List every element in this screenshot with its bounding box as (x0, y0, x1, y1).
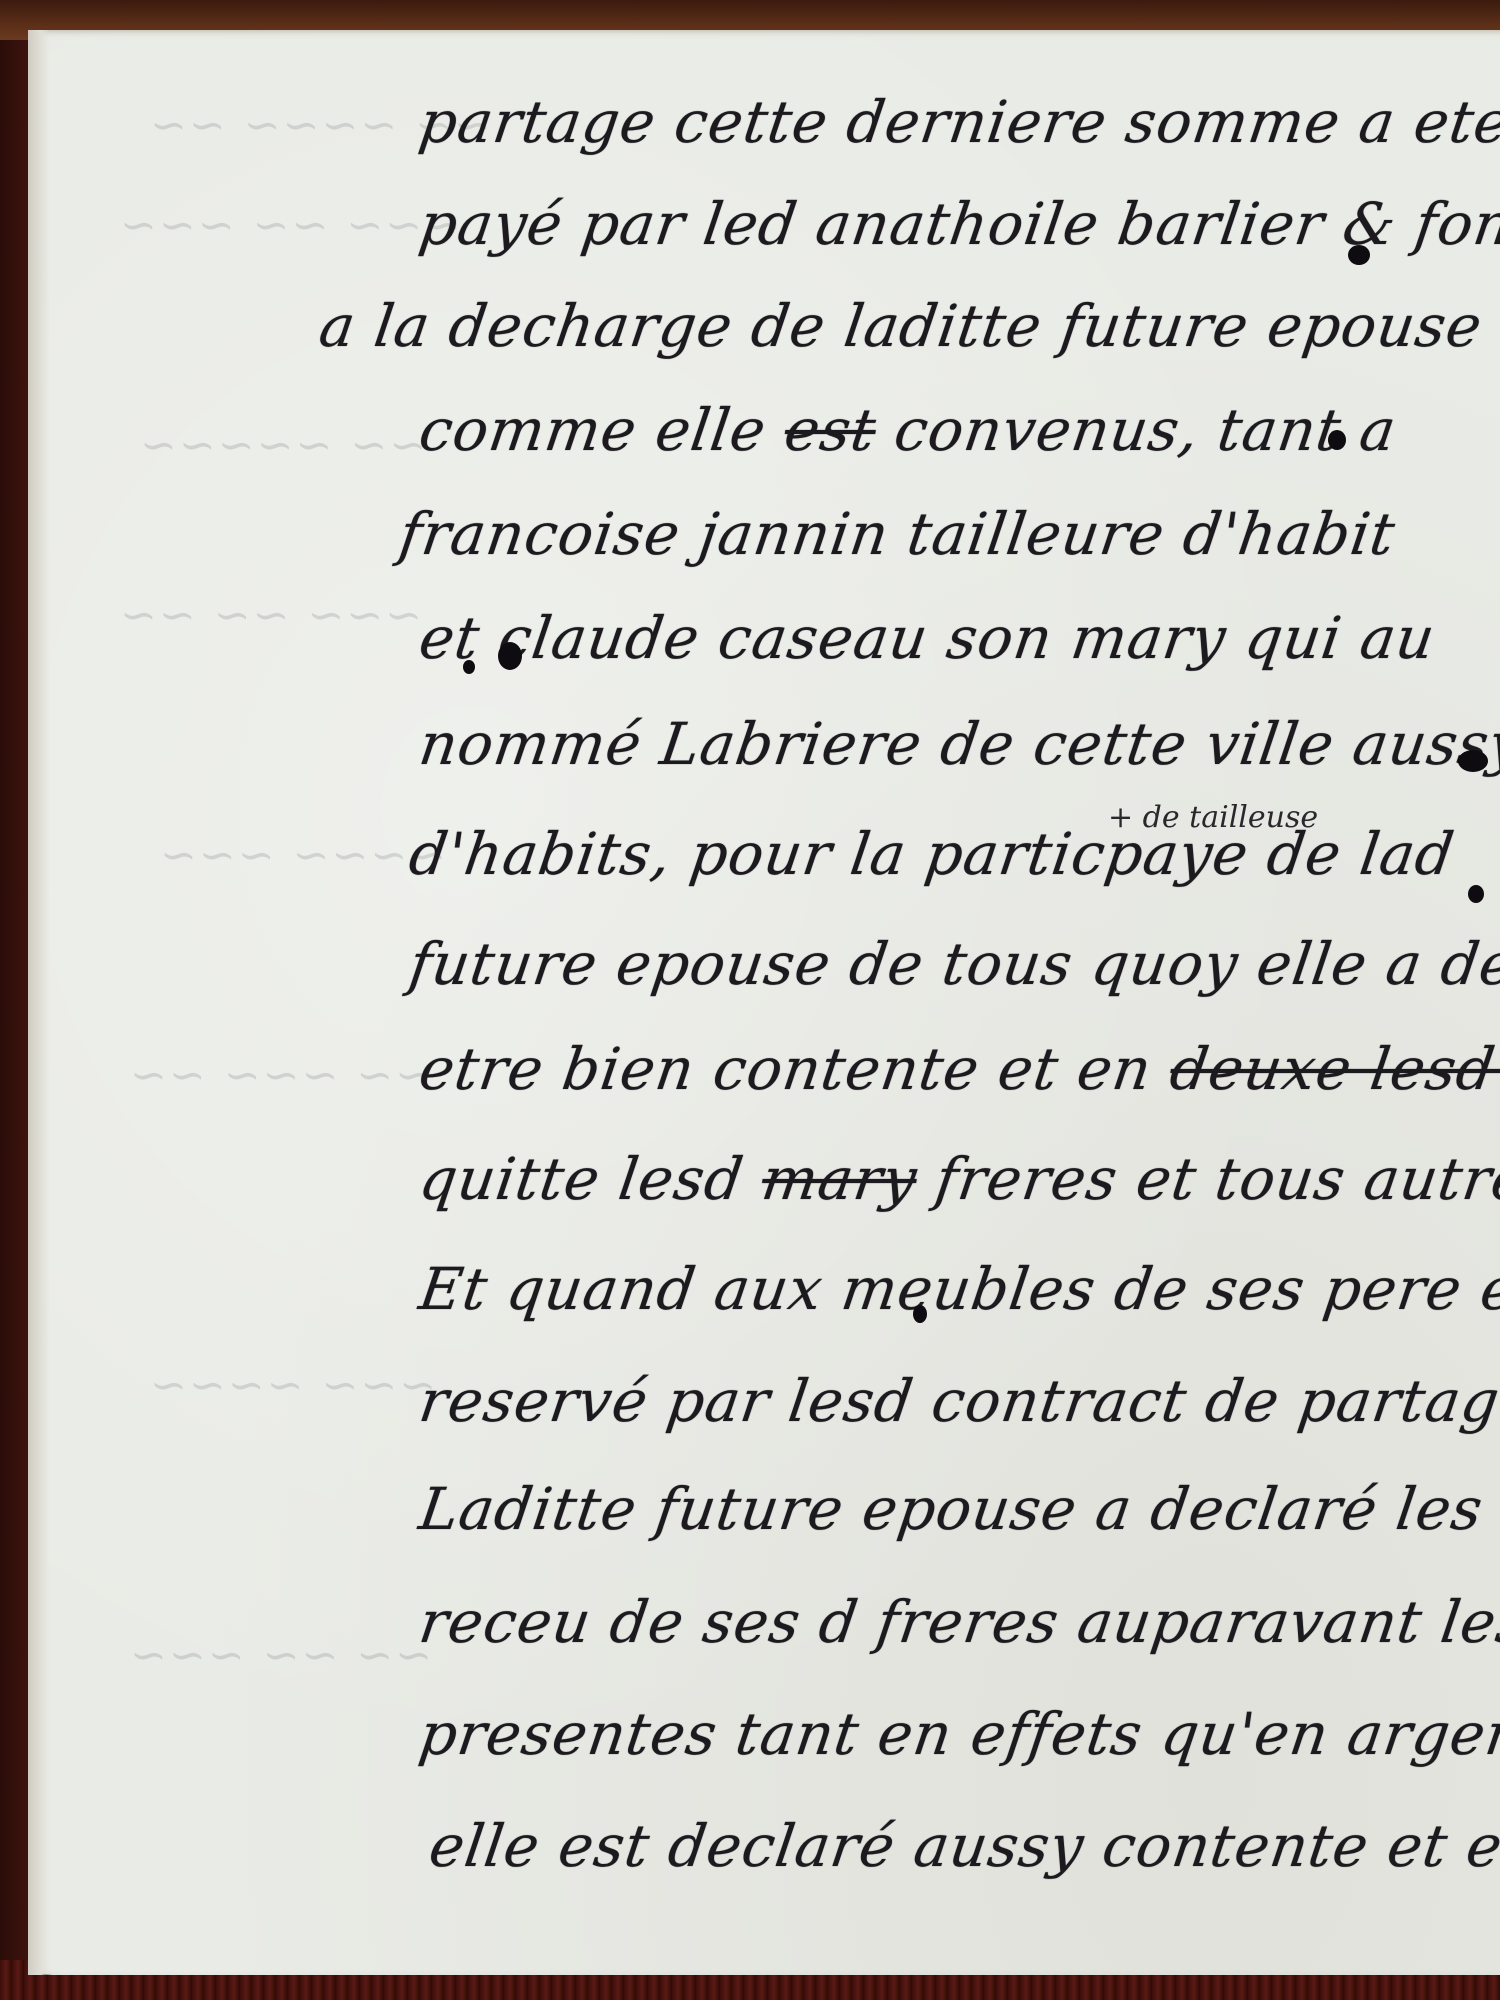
manuscript-line: reservé par lesd contract de partage, (415, 1367, 1500, 1435)
ink-blot (913, 1305, 927, 1323)
line-text: freres et tous autres; (931, 1145, 1500, 1213)
bleed-through-text: ~~ ~~ ~~~ (128, 1630, 432, 1681)
line-text: quitte lesd (415, 1145, 748, 1213)
bleed-through-text: ~~ ~~~~~ (138, 420, 426, 471)
ink-blot (1468, 885, 1484, 903)
manuscript-line: quitte lesd mary freres et tous autres; (415, 1145, 1500, 1213)
manuscript-line: presentes tant en effets qu'en argent do… (415, 1700, 1500, 1768)
manuscript-line: d'habits, pour la particpaye de lad (405, 820, 1458, 888)
manuscript-line: etre bien contente et en deuxe lesd mary (415, 1035, 1500, 1103)
struck-out-word: est (781, 396, 881, 464)
bleed-through-text: ~~~ ~~~~ (148, 1360, 436, 1411)
ink-blot (1328, 430, 1346, 450)
manuscript-page: ~~ ~~~~ ~~ ~~~ ~~ ~~~ ~~ ~~~~~ ~~~ ~~ ~~… (28, 30, 1500, 1975)
manuscript-line: future epouse de tous quoy elle a declar… (405, 930, 1500, 998)
manuscript-line: francoise jannin tailleure d'habit (395, 500, 1399, 568)
struck-out-word: deuxe lesd mary (1166, 1035, 1500, 1103)
line-text: etre bien contente et en (415, 1035, 1156, 1103)
manuscript-line: comme elle est convenus, tant a (415, 396, 1401, 464)
bleed-through-text: ~~~ ~~ ~~ (118, 590, 422, 641)
manuscript-line: nommé Labriere de cette ville aussy tail… (415, 710, 1500, 778)
struck-out-word: mary (758, 1145, 922, 1213)
manuscript-line: Et quand aux meubles de ses pere et mere (415, 1255, 1500, 1323)
ink-blot (1348, 245, 1370, 265)
manuscript-line: Laditte future epouse a declaré les avoi… (415, 1475, 1500, 1543)
manuscript-line: a la decharge de laditte future epouse (315, 292, 1486, 360)
line-text: convenus, tant a (890, 396, 1400, 464)
manuscript-line: et claude caseau son mary qui au (415, 604, 1439, 672)
ink-blot (463, 660, 475, 674)
manuscript-line: partage cette derniere somme a ete (415, 88, 1500, 156)
bleed-through-text: ~~~ ~~ ~~~ (118, 200, 461, 251)
manuscript-line: receu de ses d freres auparavant les (415, 1588, 1500, 1656)
manuscript-line: payé par led anathoile barlier & fon fre… (415, 190, 1500, 258)
manuscript-line: elle est declaré aussy contente et en qu… (425, 1812, 1500, 1880)
ink-blot (498, 642, 522, 670)
bleed-through-text: ~~~~ ~~~ (158, 830, 446, 881)
ink-blot (1458, 750, 1488, 772)
bleed-through-text: ~~ ~~~ ~~ (128, 1050, 432, 1101)
line-text: comme elle (415, 396, 770, 464)
